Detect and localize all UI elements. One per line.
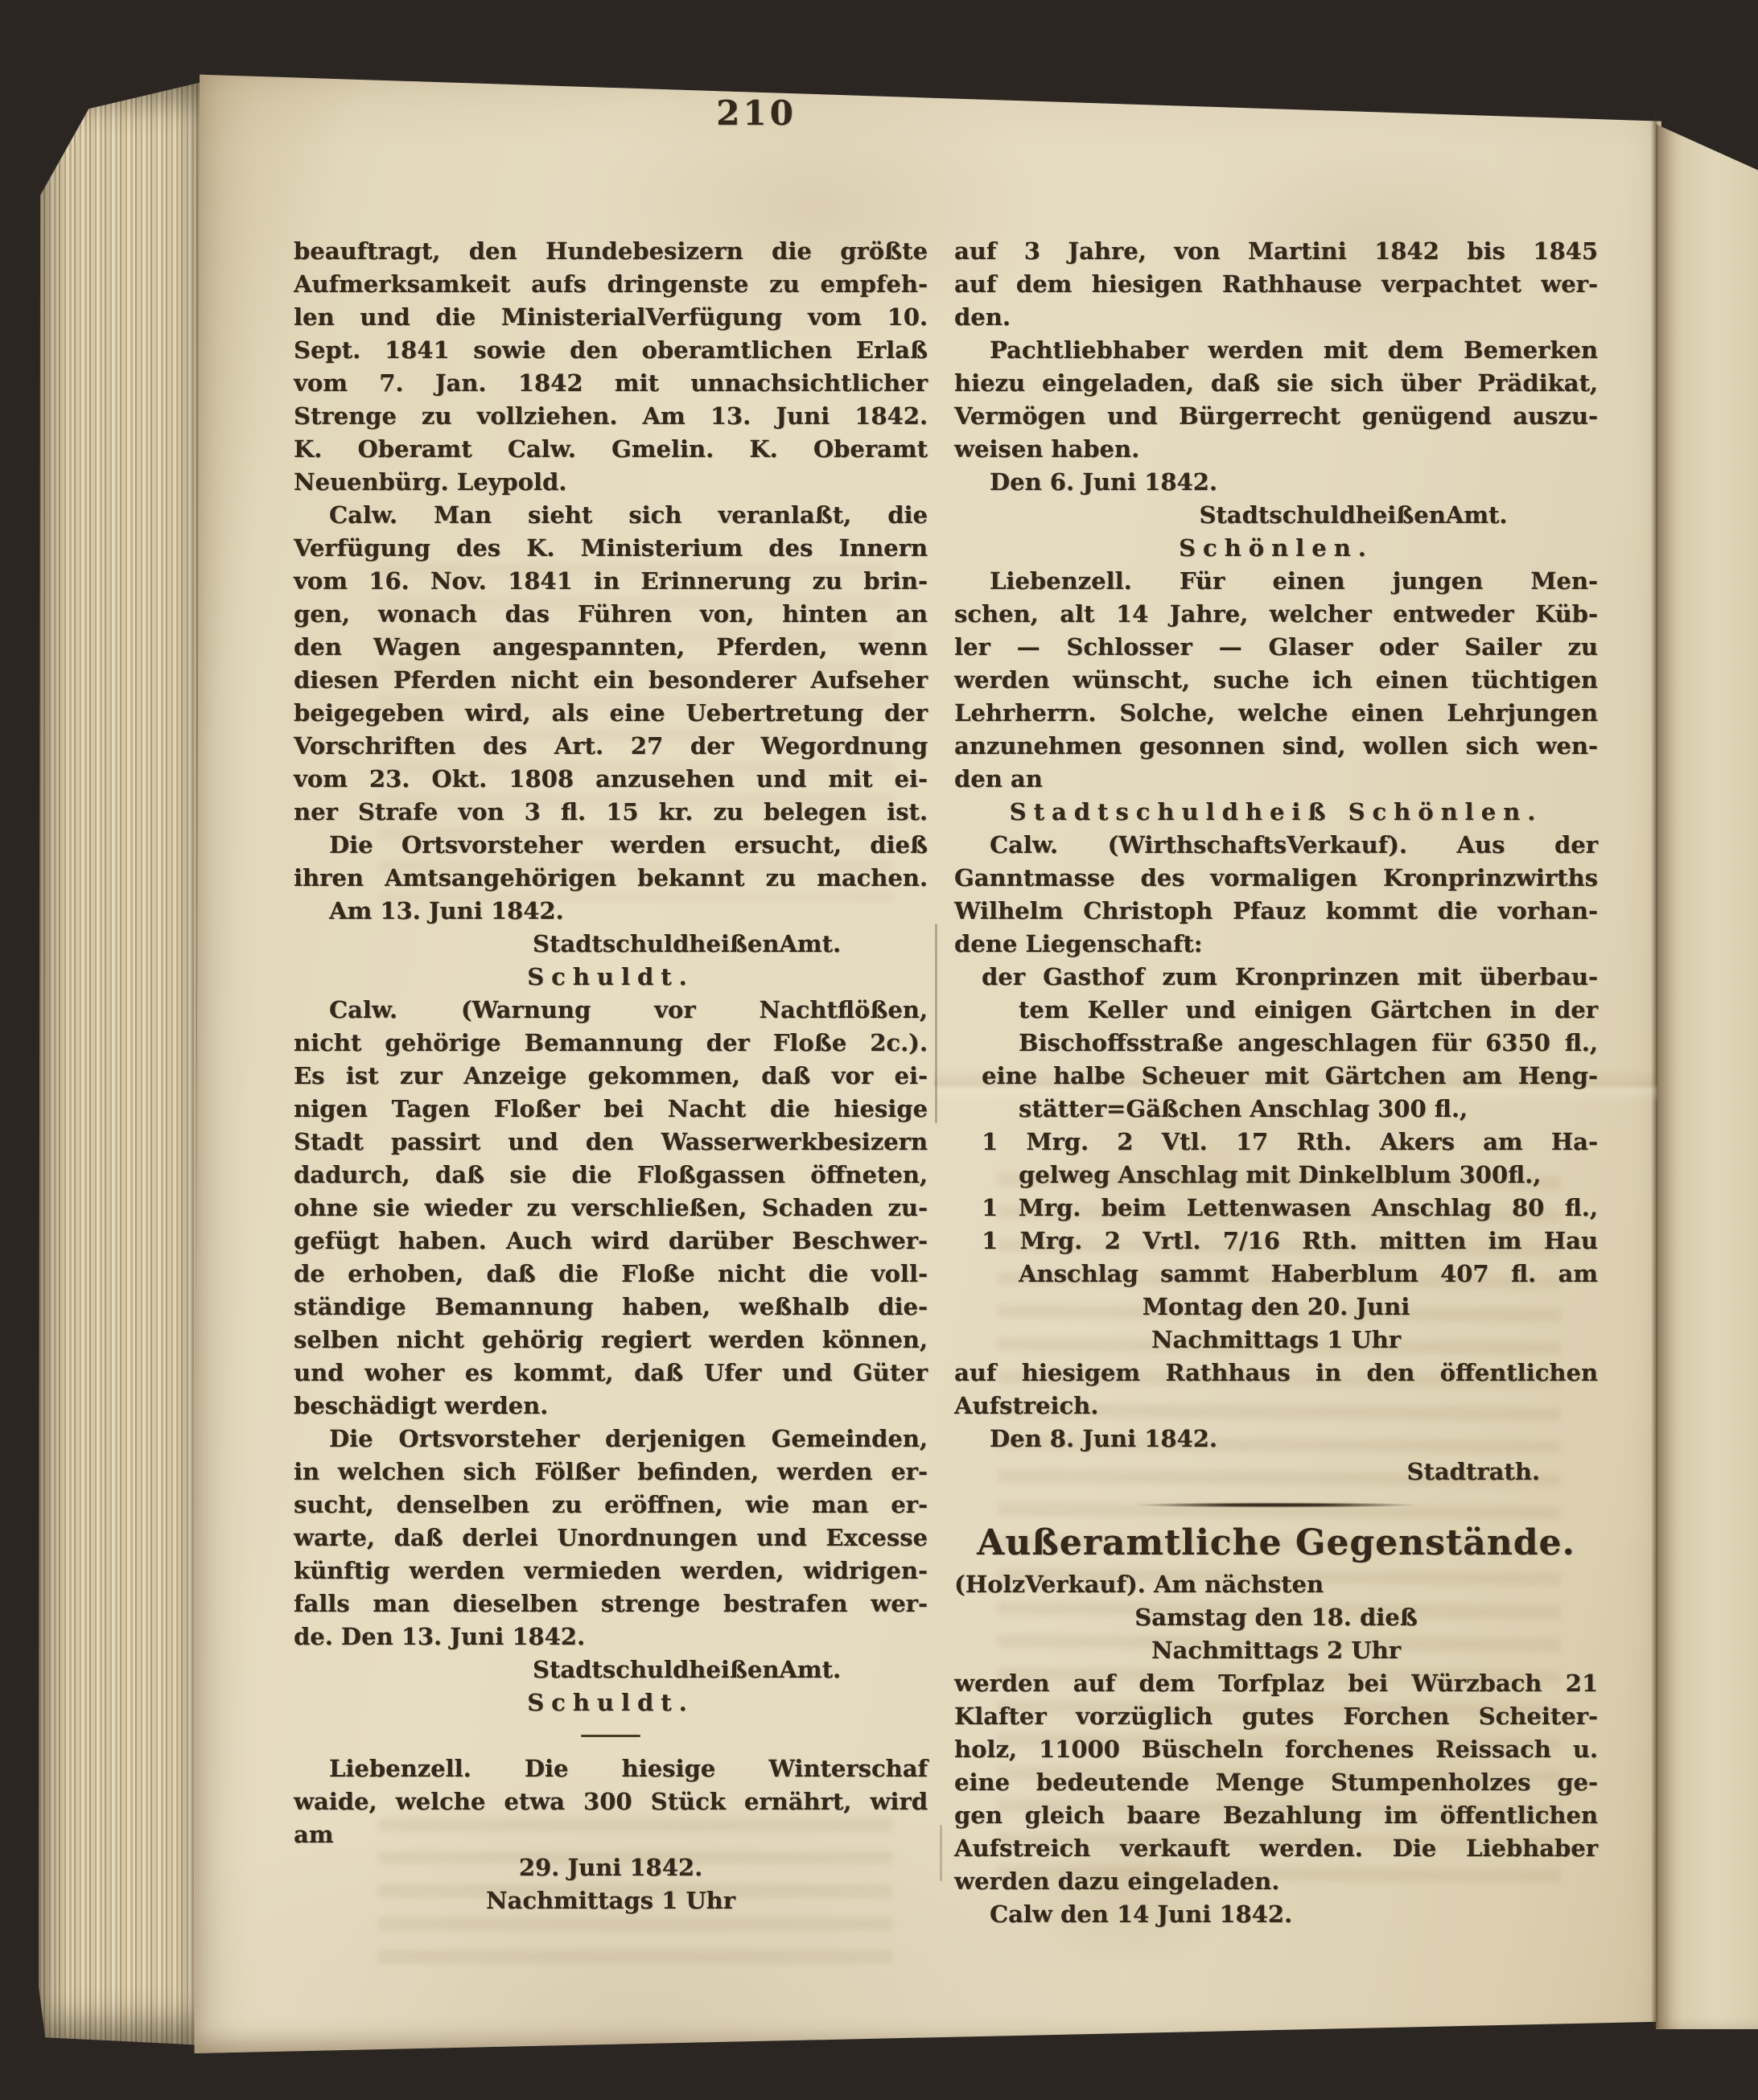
text-line: Stadt passirt und den Wasserwerkbesizern — [294, 1126, 928, 1159]
text-line: beschädigt werden. — [294, 1390, 928, 1423]
text-line: warte, daß derlei Unordnungen und Excess… — [294, 1521, 928, 1554]
column-divider-mark — [940, 1825, 942, 1881]
text-line: Den 6. Juni 1842. — [954, 466, 1598, 499]
text-line: dadurch, daß sie die Floßgassen öffneten… — [294, 1159, 928, 1192]
text-line: falls man dieselben strenge bestrafen we… — [294, 1587, 928, 1620]
text-line: gen, wonach das Führen von, hinten an — [294, 598, 928, 631]
text-line: Aufstreich. — [954, 1390, 1598, 1423]
column-divider-mark — [935, 924, 937, 1123]
text-line: vom 7. Jan. 1842 mit unnachsichtlicher — [294, 367, 928, 400]
text-line: und woher es kommt, daß Ufer und Güter — [294, 1357, 928, 1390]
text-line: Pachtliebhaber werden mit dem Bemerken — [954, 334, 1598, 367]
text-line: Liebenzell. Die hiesige Winterschaf — [294, 1752, 928, 1785]
text-line: K. Oberamt Calw. Gmelin. K. Oberamt — [294, 433, 928, 466]
page-number: 210 — [676, 93, 837, 133]
text-line: Vermögen und Bürgerrecht genügend auszu- — [954, 400, 1598, 433]
text-line: am — [294, 1818, 928, 1851]
text-line: der Gasthof zum Kronprinzen mit überbau- — [954, 961, 1598, 994]
text-line: StadtschuldheißenAmt. — [294, 928, 928, 961]
text-line: beauftragt, den Hundebesizern die größte — [294, 235, 928, 268]
scanned-book-spread: { "page": { "number": "210" }, "columns"… — [0, 0, 1758, 2100]
text-line: gelweg Anschlag mit Dinkelblum 300fl., — [954, 1159, 1598, 1192]
text-line: Strenge zu vollziehen. Am 13. Juni 1842. — [294, 400, 928, 433]
text-column-right: auf 3 Jahre, von Martini 1842 bis 1845au… — [954, 235, 1598, 1931]
text-line: de erhoben, daß die Floße nicht die voll… — [294, 1258, 928, 1291]
text-line: stätter=Gäßchen Anschlag 300 fl., — [954, 1093, 1598, 1126]
text-line: Vorschriften des Art. 27 der Wegordnung — [294, 730, 928, 763]
text-line: auf hiesigem Rathhaus in den öffentliche… — [954, 1357, 1598, 1390]
text-line: Wilhelm Christoph Pfauz kommt die vorhan… — [954, 895, 1598, 928]
text-line: 1 Mrg. beim Lettenwasen Anschlag 80 fl., — [954, 1192, 1598, 1225]
text-line: Die Ortsvorsteher derjenigen Gemeinden, — [294, 1423, 928, 1456]
text-line: holz, 11000 Büscheln forchenes Reissach … — [954, 1733, 1598, 1766]
divider-short — [581, 1735, 640, 1737]
text-line: gefügt haben. Auch wird darüber Beschwer… — [294, 1225, 928, 1258]
text-line: ohne sie wieder zu verschließen, Schaden… — [294, 1192, 928, 1225]
text-line: auf dem hiesigen Rathhause verpachtet we… — [954, 268, 1598, 301]
text-line: Schuldt. — [294, 1686, 928, 1719]
text-line: Verfügung des K. Ministerium des Innern — [294, 532, 928, 565]
text-line: Samstag den 18. dieß — [954, 1601, 1598, 1634]
text-line: sucht, denselben zu eröffnen, wie man er… — [294, 1489, 928, 1521]
text-line: 29. Juni 1842. — [294, 1851, 928, 1884]
text-line: vom 23. Okt. 1808 anzusehen und mit ei- — [294, 763, 928, 796]
text-line: anzunehmen gesonnen sind, wollen sich we… — [954, 730, 1598, 763]
text-line: Lehrherrn. Solche, welche einen Lehrjung… — [954, 697, 1598, 730]
divider-lens — [1087, 1501, 1465, 1509]
text-line: ihren Amtsangehörigen bekannt zu machen. — [294, 862, 928, 895]
text-line: in welchen sich Fölßer befinden, werden … — [294, 1456, 928, 1489]
text-line: (HolzVerkauf). Am nächsten — [954, 1568, 1598, 1601]
text-line: Liebenzell. Für einen jungen Men- — [954, 565, 1598, 598]
book-page-edge-stack — [39, 77, 206, 2045]
text-line: Am 13. Juni 1842. — [294, 895, 928, 928]
text-line: ner Strafe von 3 fl. 15 kr. zu belegen i… — [294, 796, 928, 829]
text-line: Klafter vorzüglich gutes Forchen Scheite… — [954, 1700, 1598, 1733]
text-line: Stadtrath. — [954, 1456, 1598, 1489]
text-line: Aufmerksamkeit aufs dringenste zu empfeh… — [294, 268, 928, 301]
text-line: 1 Mrg. 2 Vtl. 17 Rth. Akers am Ha- — [954, 1126, 1598, 1159]
text-line: 1 Mrg. 2 Vrtl. 7/16 Rth. mitten im Hau — [954, 1225, 1598, 1258]
text-line: werden wünscht, suche ich einen tüchtige… — [954, 664, 1598, 697]
text-line: Sept. 1841 sowie den oberamtlichen Erlaß — [294, 334, 928, 367]
text-line: de. Den 13. Juni 1842. — [294, 1620, 928, 1653]
text-line: gen gleich baare Bezahlung im öffentlich… — [954, 1799, 1598, 1832]
section-heading: Außeramtliche Gegenstände. — [954, 1518, 1598, 1568]
text-line: vom 16. Nov. 1841 in Erinnerung zu brin- — [294, 565, 928, 598]
text-line: StadtschuldheißenAmt. — [954, 499, 1598, 532]
text-line: eine halbe Scheuer mit Gärtchen am Heng- — [954, 1060, 1598, 1093]
text-line: ler — Schlosser — Glaser oder Sailer zu — [954, 631, 1598, 664]
text-line: Montag den 20. Juni — [954, 1291, 1598, 1324]
text-line: Nachmittags 2 Uhr — [954, 1634, 1598, 1667]
text-line: Schönlen. — [954, 532, 1598, 565]
text-line: Calw den 14 Juni 1842. — [954, 1898, 1598, 1931]
text-line: selben nicht gehörig regiert werden könn… — [294, 1324, 928, 1357]
facing-page-edge — [1656, 113, 1758, 2029]
text-line: StadtschuldheißenAmt. — [294, 1653, 928, 1686]
text-line: dene Liegenschaft: — [954, 928, 1598, 961]
text-line: Ganntmasse des vormaligen Kronprinzwirth… — [954, 862, 1598, 895]
text-line: Calw. Man sieht sich veranlaßt, die — [294, 499, 928, 532]
text-line: Nachmittags 1 Uhr — [954, 1324, 1598, 1357]
text-line: schen, alt 14 Jahre, welcher entweder Kü… — [954, 598, 1598, 631]
text-line: Bischoffsstraße angeschlagen für 6350 fl… — [954, 1027, 1598, 1060]
text-line: Nachmittags 1 Uhr — [294, 1884, 928, 1917]
text-line: len und die MinisterialVerfügung vom 10. — [294, 301, 928, 334]
text-line: weisen haben. — [954, 433, 1598, 466]
text-line: Es ist zur Anzeige gekommen, daß vor ei- — [294, 1060, 928, 1093]
text-line: nigen Tagen Floßer bei Nacht die hiesige — [294, 1093, 928, 1126]
text-line: künftig werden vermieden werden, widrige… — [294, 1554, 928, 1587]
text-line: waide, welche etwa 300 Stück ernährt, wi… — [294, 1785, 928, 1818]
text-line: Die Ortsvorsteher werden ersucht, dieß — [294, 829, 928, 862]
text-line: tem Keller und einigen Gärtchen in der — [954, 994, 1598, 1027]
text-line: ständige Bemannung haben, weßhalb die- — [294, 1291, 928, 1324]
text-line: auf 3 Jahre, von Martini 1842 bis 1845 — [954, 235, 1598, 268]
text-line: diesen Pferden nicht ein besonderer Aufs… — [294, 664, 928, 697]
text-line: werden dazu eingeladen. — [954, 1865, 1598, 1898]
text-line: Schuldt. — [294, 961, 928, 994]
text-line: beigegeben wird, als eine Uebertretung d… — [294, 697, 928, 730]
text-line: den. — [954, 301, 1598, 334]
text-line: den Wagen angespannten, Pferden, wenn — [294, 631, 928, 664]
text-line: Anschlag sammt Haberblum 407 fl. am — [954, 1258, 1598, 1291]
text-line: Stadtschuldheiß Schönlen. — [954, 796, 1598, 829]
text-line: nicht gehörige Bemannung der Floße 2c.). — [294, 1027, 928, 1060]
text-line: den an — [954, 763, 1598, 796]
text-line: Calw. (WirthschaftsVerkauf). Aus der — [954, 829, 1598, 862]
text-line: Calw. (Warnung vor Nachtflößen, — [294, 994, 928, 1027]
text-line: Aufstreich verkauft werden. Die Liebhabe… — [954, 1832, 1598, 1865]
text-line: Neuenbürg. Leypold. — [294, 466, 928, 499]
text-column-left: beauftragt, den Hundebesizern die größte… — [294, 235, 928, 1917]
text-line: hiezu eingeladen, daß sie sich über Präd… — [954, 367, 1598, 400]
text-line: eine bedeutende Menge Stumpenholzes ge- — [954, 1766, 1598, 1799]
text-line: Den 8. Juni 1842. — [954, 1423, 1598, 1456]
text-line: werden auf dem Torfplaz bei Würzbach 21 — [954, 1667, 1598, 1700]
